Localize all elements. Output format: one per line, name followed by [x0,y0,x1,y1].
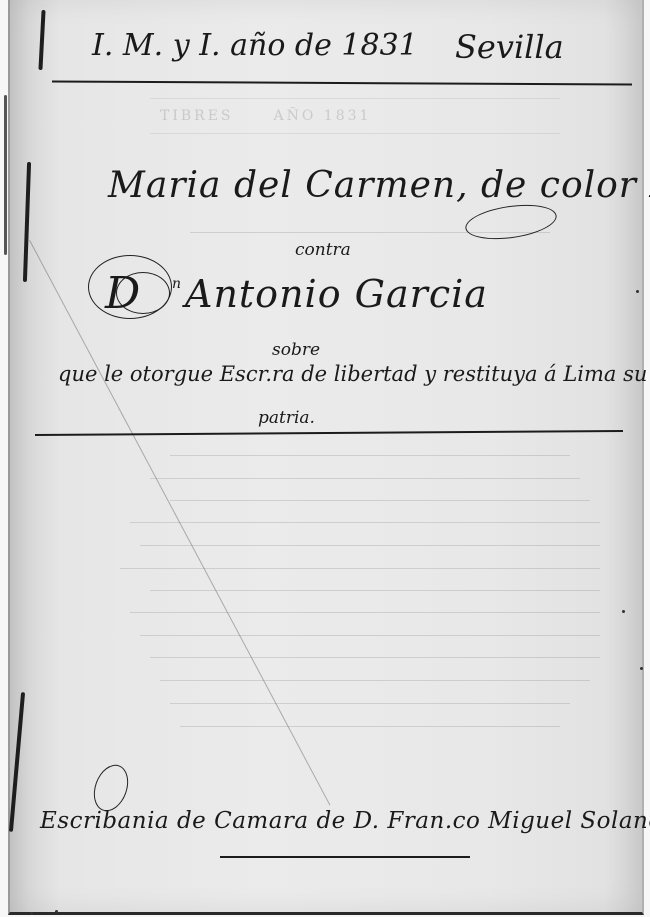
stamp-left-text: TIBRES [160,108,234,124]
binding-mark-edge [4,95,7,255]
bleed-line [180,726,560,727]
binding-mark-middle [23,162,31,282]
bleed-through-stamp: TIBRES AÑO 1831 [150,98,560,134]
plaintiff-name: Maria del Carmen, de color Negro [108,165,650,206]
bleed-line [130,612,600,613]
bleed-line [170,703,570,704]
header-city: Sevilla [455,28,564,66]
bleed-line [150,657,600,658]
binding-mark-top [38,10,45,70]
contra-label: contra [295,240,351,260]
footer-rule [220,856,470,858]
speck [55,910,58,913]
bleed-line [170,455,570,456]
defendant-prefix: D [105,268,140,319]
bleed-line [170,500,590,501]
binding-mark-lower [9,692,25,832]
speck [622,610,625,613]
case-subject-line-1: que le otorgue Escr.ra de libertad y res… [58,362,647,386]
header-year-heading: I. M. y I. año de 1831 [92,28,418,63]
sobre-label: sobre [272,340,320,360]
bleed-line [160,680,590,681]
bleed-line [150,590,600,591]
bleed-line [140,545,600,546]
speck [622,178,625,181]
speck [636,290,639,293]
bleed-line [120,568,600,569]
stamp-right-text: AÑO 1831 [274,108,372,124]
bleed-line [150,478,580,479]
bleed-line [130,522,600,523]
defendant-prefix-superscript: n [172,276,181,292]
speck [640,667,643,670]
notary-office: Escribania de Camara de D. Fran.co Migue… [40,808,650,834]
speck [30,912,33,915]
bleed-line [140,635,600,636]
defendant-name: Antonio Garcia [185,272,488,316]
case-subject-line-2: patria. [258,408,315,428]
document-scan: TIBRES AÑO 1831 I. M. y I. año de 1831 S… [0,0,650,917]
